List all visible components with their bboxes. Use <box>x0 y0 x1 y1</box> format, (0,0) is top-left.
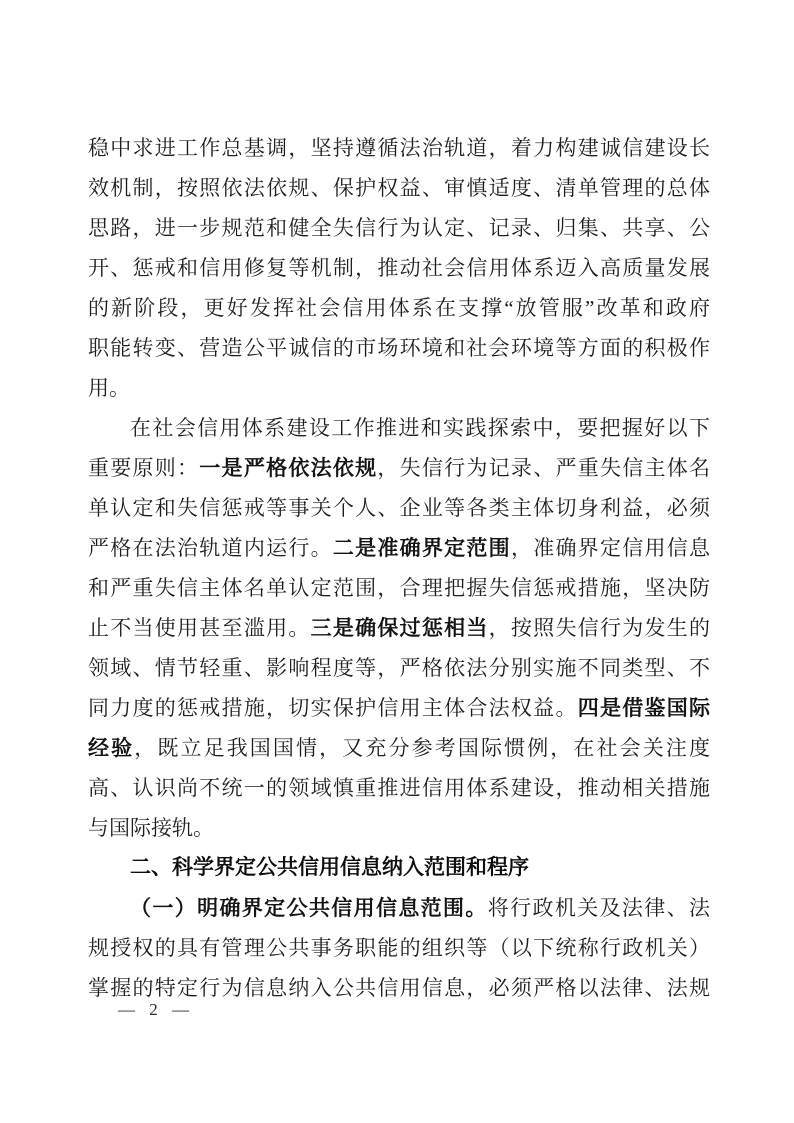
text-segment: 在社会信用体系建设工作推进和实践探索中，要把握好以下 <box>130 416 710 440</box>
text-segment: 规授权的具有管理公共事务职能的组织等（以下统称行政机关） <box>88 936 710 960</box>
para2-line: 严格在法治轨道内运行。二是准确界定范围，准确界定信用信息 <box>88 528 710 568</box>
document-page: 稳中求进工作总基调，坚持遵循法治轨道，着力构建诚信建设长效机制，按照依法依规、保… <box>0 0 794 1123</box>
text-segment: 单认定和失信惩戒等事关个人、企业等各类主体切身利益，必须 <box>88 496 710 520</box>
para2-line: 单认定和失信惩戒等事关个人、企业等各类主体切身利益，必须 <box>88 488 710 528</box>
para2-line: 与国际接轨。 <box>88 808 710 848</box>
para3-line: （一）明确界定公共信用信息范围。将行政机关及法律、法 <box>88 888 710 928</box>
section-heading: 二、科学界定公共信用信息纳入范围和程序 <box>88 848 710 888</box>
para1-line: 职能转变、营造公平诚信的市场环境和社会环境等方面的积极作 <box>88 328 710 368</box>
text-segment: ，失信行为记录、严重失信主体名 <box>377 456 710 480</box>
emphasis-text: 三是确保过惩相当 <box>311 616 489 640</box>
text-segment: 领域、情节轻重、影响程度等，严格依法分别实施不同类型、不 <box>88 656 710 680</box>
para2-line: 止不当使用甚至滥用。三是确保过惩相当，按照失信行为发生的 <box>88 608 710 648</box>
text-segment: 严格在法治轨道内运行。 <box>88 536 333 560</box>
text-segment: 稳中求进工作总基调，坚持遵循法治轨道，着力构建诚信建设长 <box>88 136 710 160</box>
text-segment: 掌握的特定行为信息纳入公共信用信息，必须严格以法律、法规 <box>88 976 710 1000</box>
para1-line: 的新阶段，更好发挥社会信用体系在支撑“放管服”改革和政府 <box>88 288 710 328</box>
para3-line: 规授权的具有管理公共事务职能的组织等（以下统称行政机关） <box>88 928 710 968</box>
text-segment: 将行政机关及法律、法 <box>488 896 710 920</box>
text-segment: 和严重失信主体名单认定范围，合理把握失信惩戒措施，坚决防 <box>88 576 710 600</box>
emphasis-text: （一）明确界定公共信用信息范围。 <box>130 896 488 920</box>
emphasis-text: 一是严格依法依规 <box>199 456 377 480</box>
emphasis-text: 二是准确界定范围 <box>333 536 511 560</box>
para1-line: 思路，进一步规范和健全失信行为认定、记录、归集、共享、公 <box>88 208 710 248</box>
para2-line: 在社会信用体系建设工作推进和实践探索中，要把握好以下 <box>88 408 710 448</box>
para2-line: 重要原则：一是严格依法依规，失信行为记录、严重失信主体名 <box>88 448 710 488</box>
text-segment: 思路，进一步规范和健全失信行为认定、记录、归集、共享、公 <box>88 216 710 240</box>
page-number: — 2 — <box>118 1000 194 1020</box>
text-segment: 职能转变、营造公平诚信的市场环境和社会环境等方面的积极作 <box>88 336 710 360</box>
text-segment: ，既立足我国国情，又充分参考国际惯例，在社会关注度 <box>134 736 710 760</box>
text-segment: 用。 <box>88 376 130 400</box>
document-body: 稳中求进工作总基调，坚持遵循法治轨道，着力构建诚信建设长效机制，按照依法依规、保… <box>88 128 710 1008</box>
para2-line: 高、认识尚不统一的领域慎重推进信用体系建设，推动相关措施 <box>88 768 710 808</box>
text-segment: 开、惩戒和信用修复等机制，推动社会信用体系迈入高质量发展 <box>88 256 710 280</box>
text-segment: ，准确界定信用信息 <box>511 536 710 560</box>
text-segment: 效机制，按照依法依规、保护权益、审慎适度、清单管理的总体 <box>88 176 710 200</box>
emphasis-text: 经验 <box>88 736 134 760</box>
text-segment: 高、认识尚不统一的领域慎重推进信用体系建设，推动相关措施 <box>88 776 710 800</box>
para1-line: 效机制，按照依法依规、保护权益、审慎适度、清单管理的总体 <box>88 168 710 208</box>
para2-line: 同力度的惩戒措施，切实保护信用主体合法权益。四是借鉴国际 <box>88 688 710 728</box>
text-segment: 与国际接轨。 <box>88 816 214 840</box>
text-segment: 的新阶段，更好发挥社会信用体系在支撑“放管服”改革和政府 <box>88 296 710 320</box>
para2-line: 和严重失信主体名单认定范围，合理把握失信惩戒措施，坚决防 <box>88 568 710 608</box>
para1-line: 开、惩戒和信用修复等机制，推动社会信用体系迈入高质量发展 <box>88 248 710 288</box>
emphasis-text: 二、科学界定公共信用信息纳入范围和程序 <box>130 856 529 879</box>
para1-line: 用。 <box>88 368 710 408</box>
text-segment: 重要原则： <box>88 456 199 480</box>
text-segment: 止不当使用甚至滥用。 <box>88 616 311 640</box>
emphasis-text: 四是借鉴国际 <box>578 696 710 720</box>
text-segment: ，按照失信行为发生的 <box>489 616 710 640</box>
para2-line: 经验，既立足我国国情，又充分参考国际惯例，在社会关注度 <box>88 728 710 768</box>
para2-line: 领域、情节轻重、影响程度等，严格依法分别实施不同类型、不 <box>88 648 710 688</box>
text-segment: 同力度的惩戒措施，切实保护信用主体合法权益。 <box>88 696 578 720</box>
para1-line: 稳中求进工作总基调，坚持遵循法治轨道，着力构建诚信建设长 <box>88 128 710 168</box>
